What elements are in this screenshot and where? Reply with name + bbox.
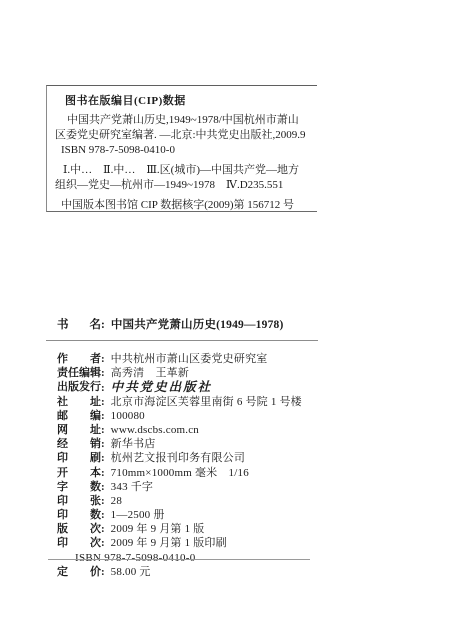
row-label: 定价: [57, 565, 101, 579]
row-value: 北京市海淀区芙蓉里南街 6 号院 1 号楼: [111, 396, 302, 408]
colon: :: [101, 452, 105, 464]
row-value: 710mm×1000mm 毫米 1/16: [111, 467, 249, 479]
row-label: 经销: [57, 437, 101, 451]
book-title-label: 书名: [57, 316, 101, 332]
colon: :: [101, 424, 105, 436]
copyright-page: 图书在版编目(CIP)数据 中国共产党萧山历史,1949~1978/中国杭州市萧…: [0, 0, 450, 636]
colophon-row-editor: 责任编辑:高秀清 王革新: [57, 366, 397, 380]
colon: :: [101, 467, 105, 479]
row-value: 2009 年 9 月第 1 版印刷: [111, 537, 227, 549]
row-value: 28: [111, 495, 122, 507]
cip-isbn-line: ISBN 978-7-5098-0410-0: [47, 143, 317, 158]
book-title-value: 中国共产党萧山历史(1949—1978): [111, 319, 284, 331]
row-value: 新华书店: [111, 438, 156, 450]
colon: :: [101, 353, 105, 365]
colon: :: [101, 495, 105, 507]
cip-record-number-line: 中国版本图书馆 CIP 数据核字(2009)第 156712 号: [47, 198, 317, 213]
colophon-row-author: 作者:中共杭州市萧山区委党史研究室: [57, 352, 397, 366]
row-label: 印数: [57, 508, 101, 522]
colophon-row-address: 社址:北京市海淀区芙蓉里南街 6 号院 1 号楼: [57, 395, 397, 409]
colophon-row-distributor: 经销:新华书店: [57, 437, 397, 451]
cip-classification-line2: 组织—党史—杭州市—1949~1978 Ⅳ.D235.551: [47, 178, 317, 193]
colophon-row-price: 定价:58.00 元: [57, 565, 397, 579]
colophon-block: 书名:中国共产党萧山历史(1949—1978) 作者:中共杭州市萧山区委党史研究…: [57, 316, 397, 579]
row-label: 印刷: [57, 451, 101, 465]
colophon-row-format: 开本:710mm×1000mm 毫米 1/16: [57, 466, 397, 480]
row-value: 中共杭州市萧山区委党史研究室: [111, 353, 268, 365]
row-label: 印张: [57, 494, 101, 508]
row-label: 出版发行: [57, 380, 101, 394]
cip-data-box: 图书在版编目(CIP)数据 中国共产党萧山历史,1949~1978/中国杭州市萧…: [46, 85, 317, 212]
colon: :: [101, 367, 105, 379]
row-value: 杭州艺文报刊印务有限公司: [111, 452, 245, 464]
row-label: 作者: [57, 352, 101, 366]
colophon-row-printer: 印刷:杭州艺文报刊印务有限公司: [57, 451, 397, 465]
row-value: 1—2500 册: [111, 509, 165, 521]
row-label: 开本: [57, 466, 101, 480]
colon: :: [101, 438, 105, 450]
cip-description-line2: 区委党史研究室编著. —北京:中共党史出版社,2009.9: [47, 128, 317, 143]
colon: :: [101, 410, 105, 422]
colophon-row-publisher: 出版发行:中共党史出版社: [57, 380, 397, 394]
row-label: 网址: [57, 423, 101, 437]
colon: :: [101, 319, 105, 331]
colophon-row-printrun: 印数:1—2500 册: [57, 508, 397, 522]
row-label: 印次: [57, 536, 101, 550]
row-value: 2009 年 9 月第 1 版: [111, 523, 205, 535]
cip-classification-line1: Ⅰ.中… Ⅱ.中… Ⅲ.区(城市)—中国共产党—地方: [47, 163, 317, 178]
colophon-row-postcode: 邮编:100080: [57, 409, 397, 423]
cip-description-line1: 中国共产党萧山历史,1949~1978/中国杭州市萧山: [47, 113, 317, 128]
website-url: www.dscbs.com.cn: [111, 424, 199, 436]
price-value: 58.00 元: [111, 566, 151, 578]
colon: :: [101, 481, 105, 493]
row-label: 版次: [57, 522, 101, 536]
row-label: 社址: [57, 395, 101, 409]
colon: :: [101, 566, 105, 578]
colophon-row-edition: 版次:2009 年 9 月第 1 版: [57, 522, 397, 536]
title-underline-rule: [46, 340, 318, 341]
cip-box-title: 图书在版编目(CIP)数据: [47, 86, 317, 113]
colon: :: [101, 509, 105, 521]
colophon-row-wordcount: 字数:343 千字: [57, 480, 397, 494]
colophon-isbn-line: ISBN 978-7-5098-0410-0: [57, 551, 397, 565]
colon: :: [101, 396, 105, 408]
colon: :: [101, 382, 105, 394]
row-value: 343 千字: [111, 481, 153, 493]
row-value: 100080: [111, 410, 145, 422]
row-label: 字数: [57, 480, 101, 494]
row-value: 高秀清 王革新: [111, 367, 189, 379]
colophon-row-impression: 印次:2009 年 9 月第 1 版印刷: [57, 536, 397, 550]
row-label: 责任编辑: [57, 366, 101, 380]
colon: :: [101, 523, 105, 535]
row-label: 邮编: [57, 409, 101, 423]
colophon-rows: 作者:中共杭州市萧山区委党史研究室 责任编辑:高秀清 王革新 出版发行:中共党史…: [57, 352, 397, 579]
colophon-row-sheets: 印张:28: [57, 494, 397, 508]
book-title-row: 书名:中国共产党萧山历史(1949—1978): [57, 316, 397, 333]
bottom-rule: [48, 559, 310, 560]
publisher-script-value: 中共党史出版社: [111, 379, 213, 394]
colophon-row-website: 网址:www.dscbs.com.cn: [57, 423, 397, 437]
colon: :: [101, 537, 105, 549]
